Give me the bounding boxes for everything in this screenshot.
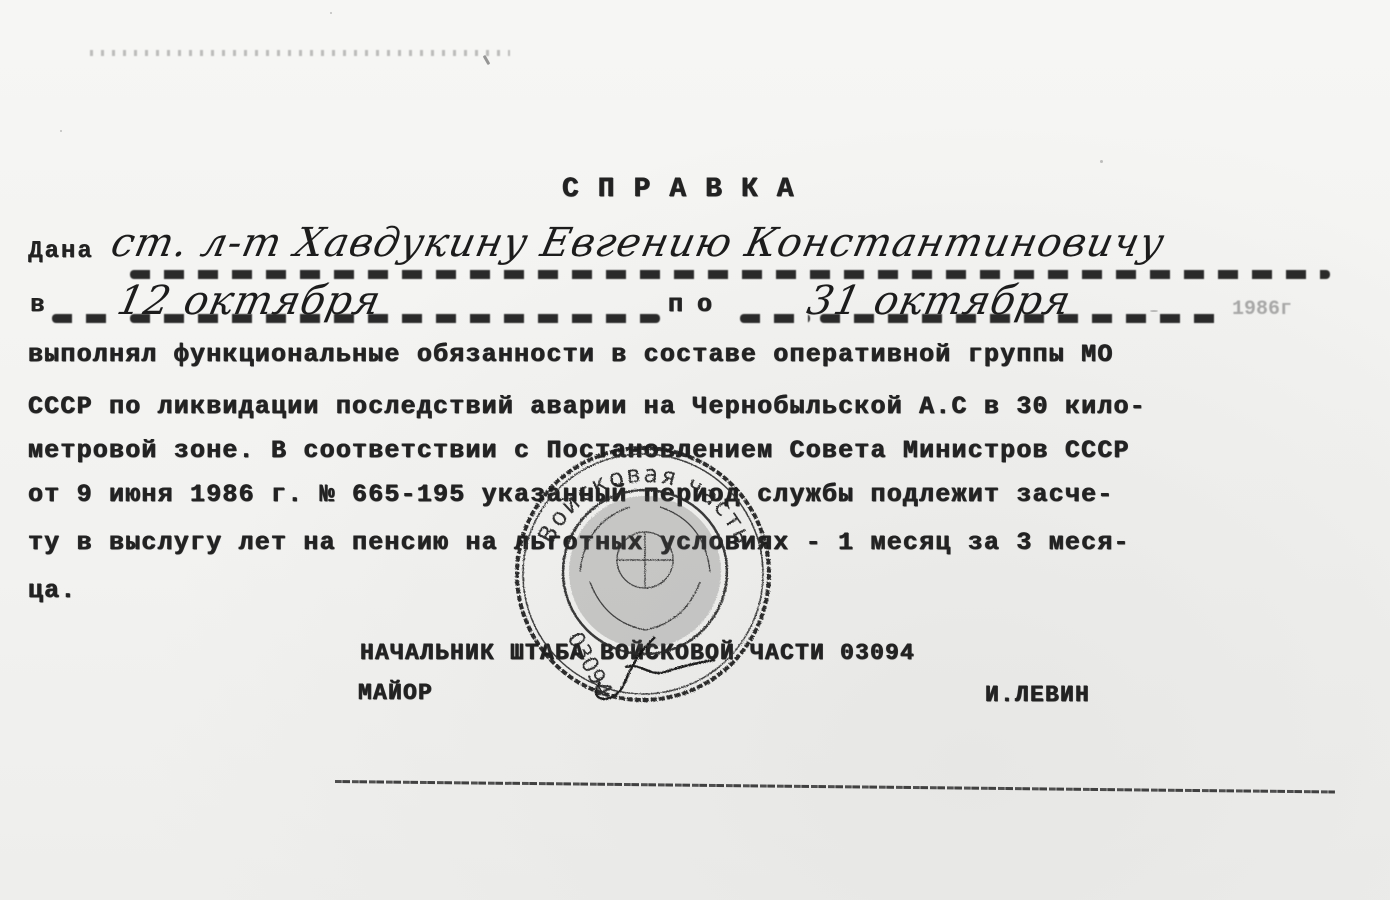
fill-line-dashes bbox=[820, 314, 1220, 323]
fill-line-dashes bbox=[740, 314, 810, 323]
scan-noise bbox=[90, 50, 510, 56]
fill-line-dashes bbox=[52, 314, 114, 323]
body-line-1: выполнял функциональные обязанности в со… bbox=[28, 340, 1114, 369]
body-line-2: СССР по ликвидации последствий аварии на… bbox=[28, 392, 1146, 421]
recipient-handwritten: ст. л-т Хавдукину Евгению Константинович… bbox=[107, 220, 1169, 266]
official-stamp: Войсковая часть 03094 bbox=[505, 432, 775, 712]
signatory-name: И.ЛЕВИН bbox=[985, 682, 1090, 708]
body-line-6: ца. bbox=[28, 576, 77, 605]
recipient-prefix: Дана bbox=[28, 238, 94, 265]
stamp-icon: Войсковая часть 03094 bbox=[505, 432, 775, 712]
year-suffix: 1986г bbox=[1232, 298, 1292, 321]
document-title: СПРАВКА bbox=[562, 174, 813, 205]
svg-text:03094: 03094 bbox=[562, 628, 617, 702]
scan-noise bbox=[60, 130, 62, 132]
fill-line-dashes bbox=[130, 314, 660, 323]
date-to-word: по bbox=[668, 290, 726, 319]
scan-noise bbox=[330, 12, 332, 14]
signatory-rank: МАЙОР bbox=[358, 680, 433, 706]
scan-noise bbox=[1150, 310, 1158, 312]
scan-noise bbox=[1100, 160, 1103, 163]
date-from-prefix: в bbox=[30, 292, 44, 319]
